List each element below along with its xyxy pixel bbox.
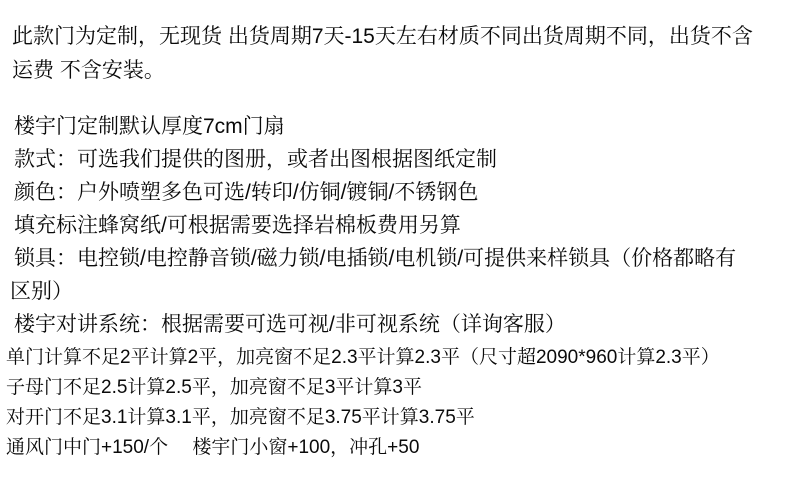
spec-line-style: 款式：可选我们提供的图册，或者出图根据图纸定制	[14, 143, 800, 176]
pricing-line-addons: 通风门中门+150/个 楼宇门小窗+100，冲孔+50	[6, 433, 800, 463]
spec-line-color: 颜色：户外喷塑多色可选/转印/仿铜/镀铜/不锈钢色	[14, 176, 800, 209]
spec-line-intercom: 楼宇对讲系统：根据需要可选可视/非可视系统（详询客服）	[14, 308, 800, 341]
shipping-notice-line: 此款门为定制，无现货 出货周期7天-15天左右材质不同出货周期不同，出货不含	[12, 20, 800, 54]
spec-line-lock-wrap: 区别）	[10, 275, 800, 308]
spec-line-filling: 填充标注蜂窝纸/可根据需要选择岩棉板费用另算	[14, 209, 800, 242]
pricing-line-mother-son-door: 子母门不足2.5计算2.5平，加亮窗不足3平计算3平	[6, 373, 800, 403]
shipping-notice: 此款门为定制，无现货 出货周期7天-15天左右材质不同出货周期不同，出货不含 运…	[0, 0, 800, 88]
spec-line-lock: 锁具：电控锁/电控静音锁/磁力锁/电插锁/电机锁/可提供来样锁具（价格都略有	[14, 242, 800, 275]
pricing-line-single-door: 单门计算不足2平计算2平，加亮窗不足2.3平计算2.3平（尺寸超2090*960…	[6, 343, 800, 373]
product-description-document: 此款门为定制，无现货 出货周期7天-15天左右材质不同出货周期不同，出货不含 运…	[0, 0, 800, 482]
pricing-line-double-door: 对开门不足3.1计算3.1平，加亮窗不足3.75平计算3.75平	[6, 403, 800, 433]
shipping-notice-line: 运费 不含安装。	[12, 54, 800, 88]
spec-line-thickness: 楼宇门定制默认厚度7cm门扇	[14, 110, 800, 143]
customization-spec-list: 楼宇门定制默认厚度7cm门扇 款式：可选我们提供的图册，或者出图根据图纸定制 颜…	[0, 110, 800, 341]
pricing-rules: 单门计算不足2平计算2平，加亮窗不足2.3平计算2.3平（尺寸超2090*960…	[0, 343, 800, 463]
